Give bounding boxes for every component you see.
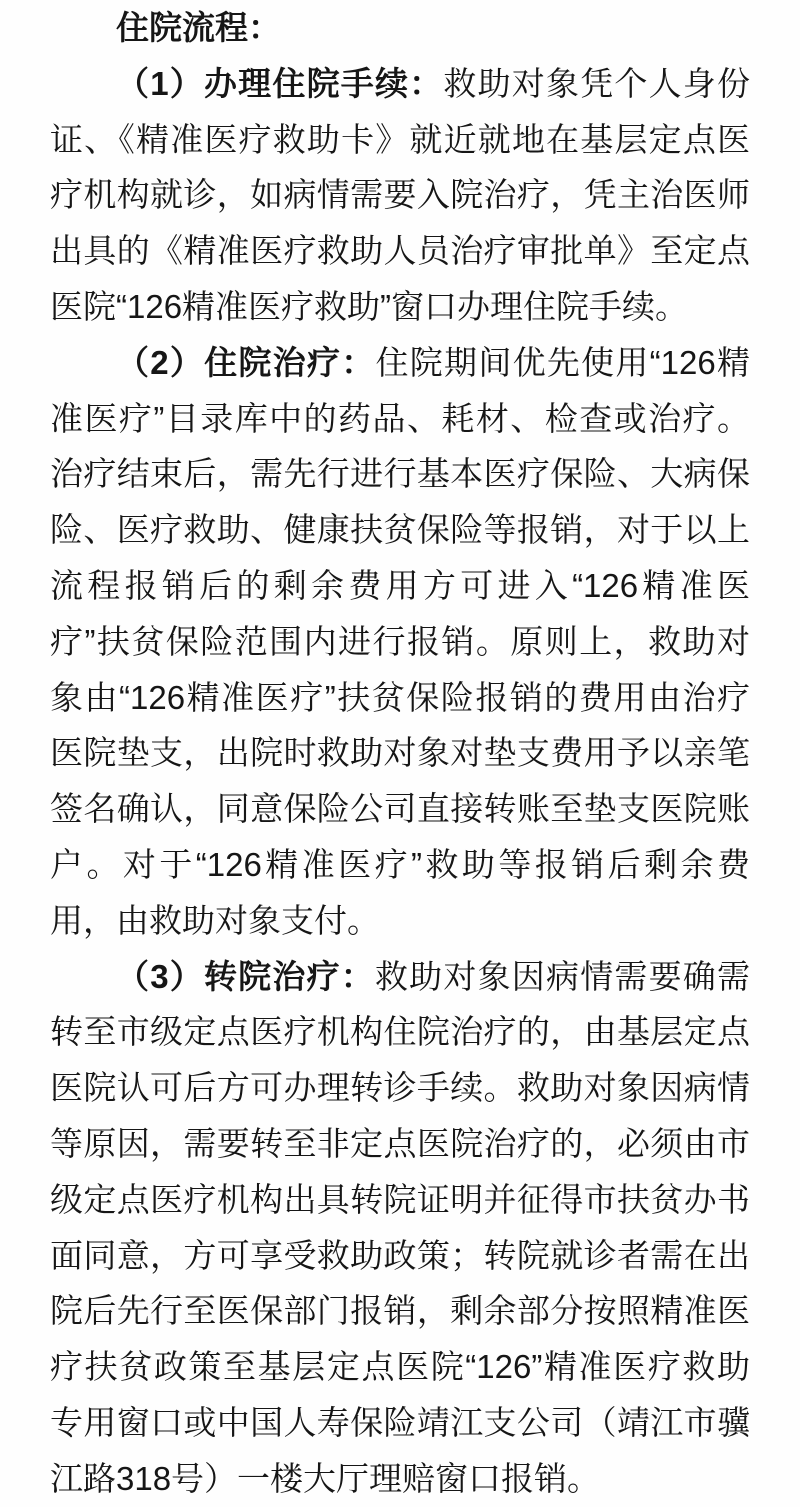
paragraph-hospital-transfer: （3）转院治疗：救助对象因病情需要确需转至市级定点医疗机构住院治疗的，由基层定点…: [50, 949, 750, 1507]
section-heading-text: 住院流程：: [116, 9, 281, 46]
paragraph-inpatient-treatment-body: 住院期间优先使用“126精准医疗”目录库中的药品、耗材、检查或治疗。治疗结束后，…: [50, 344, 750, 939]
paragraph-hospital-transfer-lead: （3）转院治疗：: [116, 958, 375, 995]
paragraph-admission-lead: （1）办理住院手续：: [116, 65, 443, 102]
paragraph-inpatient-treatment-lead: （2）住院治疗：: [116, 344, 376, 381]
paragraph-admission-body: 救助对象凭个人身份证、《精准医疗救助卡》就近就地在基层定点医疗机构就诊，如病情需…: [50, 65, 750, 325]
paragraph-hospital-transfer-body: 救助对象因病情需要确需转至市级定点医疗机构住院治疗的，由基层定点医院认可后方可办…: [50, 958, 750, 1497]
document-page: 住院流程： （1）办理住院手续：救助对象凭个人身份证、《精准医疗救助卡》就近就地…: [0, 0, 800, 1507]
section-heading: 住院流程：: [50, 0, 750, 56]
paragraph-admission: （1）办理住院手续：救助对象凭个人身份证、《精准医疗救助卡》就近就地在基层定点医…: [50, 56, 750, 335]
article-body: 住院流程： （1）办理住院手续：救助对象凭个人身份证、《精准医疗救助卡》就近就地…: [0, 0, 800, 1507]
paragraph-inpatient-treatment: （2）住院治疗：住院期间优先使用“126精准医疗”目录库中的药品、耗材、检查或治…: [50, 335, 750, 949]
